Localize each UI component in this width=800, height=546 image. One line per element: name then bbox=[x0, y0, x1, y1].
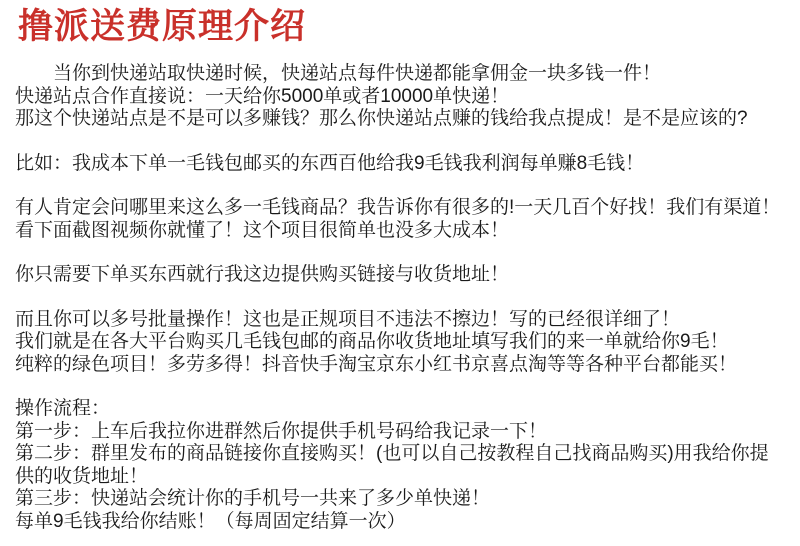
page-title: 撸派送费原理介绍 bbox=[18, 8, 782, 46]
text-line: 看下面截图视频你就懂了！这个项目很简单也没多大成本！ bbox=[15, 220, 782, 243]
document: 撸派送费原理介绍 当你到快递站取快递时候，快递站点每件快递都能拿佣金一块多钱一件… bbox=[0, 0, 800, 533]
text-line: 每单9毛钱我给你结账！（每周固定结算一次） bbox=[15, 511, 782, 534]
text-line: 那这个快递站点是不是可以多赚钱？那么你快递站点赚的钱给我点提成！是不是应该的? bbox=[15, 108, 782, 131]
text-line: 快递站点合作直接说：一天给你5000单或者10000单快递！ bbox=[15, 86, 782, 109]
text-line: 第二步：群里发布的商品链接你直接购买！(也可以自己按教程自己找商品购买)用我给你… bbox=[15, 443, 782, 466]
text-line: 纯粹的绿色项目！多劳多得！抖音快手淘宝京东小红书京喜点淘等等各种平台都能买！ bbox=[15, 354, 782, 377]
paragraph-intro: 当你到快递站取快递时候，快递站点每件快递都能拿佣金一块多钱一件！ 快递站点合作直… bbox=[15, 63, 782, 131]
paragraph-steps: 操作流程： 第一步：上车后我拉你进群然后你提供手机号码给我记录一下！ 第二步：群… bbox=[15, 398, 782, 533]
text-line: 当你到快递站取快递时候，快递站点每件快递都能拿佣金一块多钱一件！ bbox=[15, 63, 782, 86]
text-line: 而且你可以多号批量操作！这也是正规项目不违法不擦边！写的已经很详细了！ bbox=[15, 309, 782, 332]
text-line: 操作流程： bbox=[15, 398, 782, 421]
paragraph-source: 有人肯定会问哪里来这么多一毛钱商品？我告诉你有很多的!一天几百个好找！我们有渠道… bbox=[15, 197, 782, 242]
text-line: 比如：我成本下单一毛钱包邮买的东西百他给我9毛钱我利润每单赚8毛钱！ bbox=[15, 153, 782, 176]
text-line: 第三步：快递站会统计你的手机号一共来了多少单快递！ bbox=[15, 488, 782, 511]
paragraph-requirement: 你只需要下单买东西就行我这边提供购买链接与收货地址！ bbox=[15, 264, 782, 287]
paragraph-example: 比如：我成本下单一毛钱包邮买的东西百他给我9毛钱我利润每单赚8毛钱！ bbox=[15, 153, 782, 176]
text-line: 有人肯定会问哪里来这么多一毛钱商品？我告诉你有很多的!一天几百个好找！我们有渠道… bbox=[15, 197, 782, 220]
text-line: 我们就是在各大平台购买几毛钱包邮的商品你收货地址填写我们的来一单就给你9毛！ bbox=[15, 331, 782, 354]
text-line: 供的收货地址！ bbox=[15, 466, 782, 489]
text-line: 你只需要下单买东西就行我这边提供购买链接与收货地址！ bbox=[15, 264, 782, 287]
text-line: 第一步：上车后我拉你进群然后你提供手机号码给我记录一下！ bbox=[15, 421, 782, 444]
paragraph-batch: 而且你可以多号批量操作！这也是正规项目不违法不擦边！写的已经很详细了！ 我们就是… bbox=[15, 309, 782, 377]
